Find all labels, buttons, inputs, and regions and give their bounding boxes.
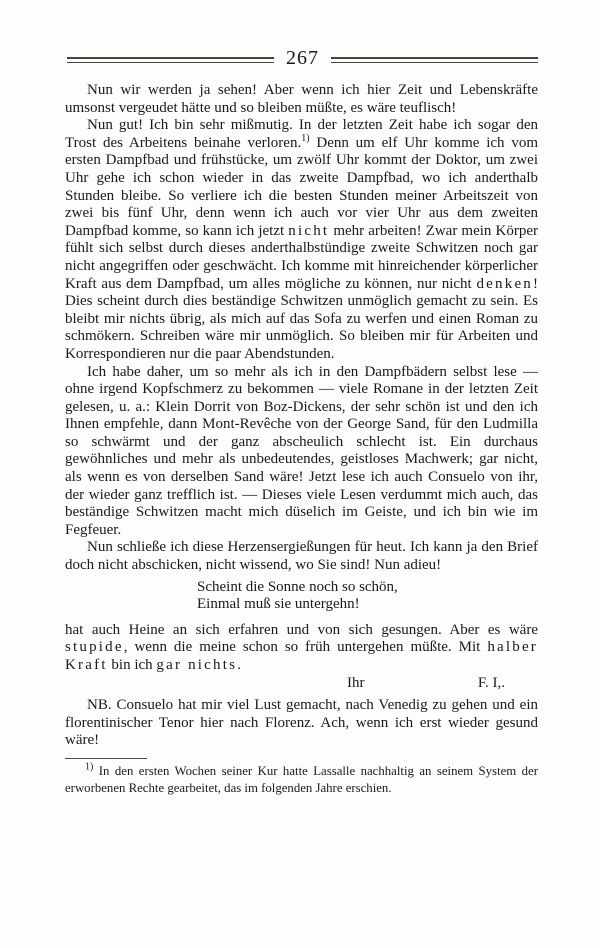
emphasized-text: nicht <box>288 223 329 239</box>
page-number: 267 <box>274 48 331 68</box>
text-segment: bin ich <box>108 657 157 673</box>
text-segment: In den ersten Wochen seiner Kur hatte La… <box>65 764 538 795</box>
text-segment: Ich habe daher, um so mehr als ich in de… <box>65 364 538 538</box>
postscript: NB. Consuelo hat mir viel Lust gemacht, … <box>65 697 538 750</box>
paragraph: Ich habe daher, um so mehr als ich in de… <box>65 364 538 540</box>
paragraph: Nun wir werden ja sehen! Aber wenn ich h… <box>65 82 538 117</box>
paragraph: NB. Consuelo hat mir viel Lust gemacht, … <box>65 697 538 750</box>
footnote-separator <box>65 758 147 759</box>
footnote: 1) In den ersten Wochen seiner Kur hatte… <box>65 763 538 796</box>
signature-closing: Ihr <box>347 675 365 691</box>
text-segment: NB. Consuelo hat mir viel Lust gemacht, … <box>65 697 538 748</box>
text-segment: , wenn die meine schon so früh untergehe… <box>124 639 488 655</box>
poem-line-1: Scheint die Sonne noch so schön, <box>197 579 538 597</box>
letter-continuation: hat auch Heine an sich erfahren und von … <box>65 622 538 675</box>
emphasized-text: stupide <box>65 639 124 655</box>
book-page: 267 Nun wir werden ja sehen! Aber wenn i… <box>0 0 600 948</box>
letter-text: Nun wir werden ja sehen! Aber wenn ich h… <box>65 82 538 796</box>
header-rule-left <box>67 57 274 63</box>
text-segment: hat auch Heine an sich erfahren und von … <box>65 622 538 638</box>
signature-line: Ihr F. I,. <box>65 675 538 693</box>
letter-body: Nun wir werden ja sehen! Aber wenn ich h… <box>65 82 538 575</box>
paragraph: Nun schließe ich diese Herzensergießunge… <box>65 539 538 574</box>
text-segment: Nun schließe ich diese Herzensergießunge… <box>65 539 538 573</box>
paragraph: Nun gut! Ich bin sehr mißmutig. In der l… <box>65 117 538 363</box>
emphasized-text: gar nichts <box>156 657 237 673</box>
page-header: 267 <box>67 50 538 70</box>
footnote-marker: 1) <box>301 133 309 144</box>
text-segment: . <box>237 657 241 673</box>
emphasized-text: denken <box>476 276 533 292</box>
poem-quote: Scheint die Sonne noch so schön, Einmal … <box>197 579 538 614</box>
text-segment: Nun wir werden ja sehen! Aber wenn ich h… <box>65 82 538 116</box>
paragraph: 1) In den ersten Wochen seiner Kur hatte… <box>65 763 538 796</box>
paragraph: hat auch Heine an sich erfahren und von … <box>65 622 538 675</box>
signature-initials: F. I,. <box>478 675 505 693</box>
poem-line-2: Einmal muß sie untergehn! <box>197 596 538 614</box>
header-rule-right <box>331 57 538 63</box>
